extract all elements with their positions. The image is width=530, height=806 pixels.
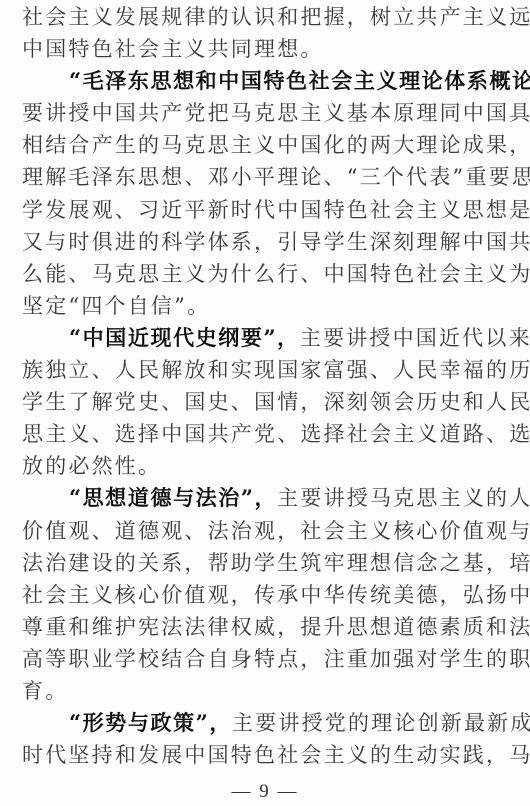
course-title: “毛泽东思想和中国特色社会主义理论体系概论”， (69, 68, 530, 93)
text-line: 理解毛泽东思想、邓小平理论、“三个代表”重要思想、科 (22, 161, 492, 193)
document-page: 社会主义发展规律的认识和把握，树立共产主义远大理想和 中国特色社会主义共同理想。… (22, 1, 492, 771)
text-line: 学生了解党史、国史、国情，深刻领会历史和人民选择马克 (22, 386, 492, 418)
text-line: 思主义、选择中国共产党、选择社会主义道路、选择改革开 (22, 418, 492, 450)
text-line: 尊重和维护宪法法律权威，提升思想道德素质和法治素养。 (22, 611, 492, 643)
text-span: 主要讲授党的理论创新最新成果，新 (232, 711, 530, 735)
text-line: 族独立、人民解放和实现国家富强、人民幸福的历史，帮助 (22, 354, 492, 386)
text-line: 法治建设的关系，帮助学生筑牢理想信念之基，培育和践行 (22, 547, 492, 579)
paragraph-heading-line: “中国近现代史纲要”，主要讲授中国近代以来争取民 (22, 322, 492, 354)
course-title: “中国近现代史纲要”， (69, 325, 300, 350)
text-line: 育。 (22, 675, 492, 707)
text-line: 时代坚持和发展中国特色社会主义的生动实践，马克思主义 (22, 739, 492, 771)
paragraph-heading-line: “形势与政策”，主要讲授党的理论创新最新成果，新 (22, 707, 492, 739)
course-title: “形势与政策”， (69, 710, 232, 735)
text-line: 中国特色社会主义共同理想。 (22, 33, 492, 65)
text-line: 高等职业学校结合自身特点，注重加强对学生的职业道德教 (22, 643, 492, 675)
text-line: 社会主义发展规律的认识和把握，树立共产主义远大理想和 (22, 1, 492, 33)
paragraph-heading-line: “毛泽东思想和中国特色社会主义理论体系概论”，主 (22, 65, 492, 97)
text-span: 主要讲授马克思主义的人生观、 (277, 486, 530, 510)
text-line: 又与时俱进的科学体系，引导学生深刻理解中国共产党为什 (22, 226, 492, 258)
text-span: 主要讲授中国近代以来争取民 (300, 326, 530, 350)
text-line: 放的必然性。 (22, 450, 492, 482)
text-line: 相结合产生的马克思主义中国化的两大理论成果，帮助学生 (22, 129, 492, 161)
paragraph-heading-line: “思想道德与法治”，主要讲授马克思主义的人生观、 (22, 482, 492, 514)
text-line: 要讲授中国共产党把马克思主义基本原理同中国具体实际 (22, 97, 492, 129)
text-line: 么能、马克思主义为什么行、中国特色社会主义为什么好， (22, 258, 492, 290)
text-line: 坚定“四个自信”。 (22, 290, 492, 322)
text-line: 学发展观、习近平新时代中国特色社会主义思想是一脉相承 (22, 194, 492, 226)
course-title: “思想道德与法治”， (69, 485, 277, 510)
page-number: — 9 — (0, 781, 530, 803)
text-line: 价值观、道德观、法治观，社会主义核心价值观与社会主义 (22, 515, 492, 547)
text-line: 社会主义核心价值观，传承中华传统美德，弘扬中国精神， (22, 579, 492, 611)
